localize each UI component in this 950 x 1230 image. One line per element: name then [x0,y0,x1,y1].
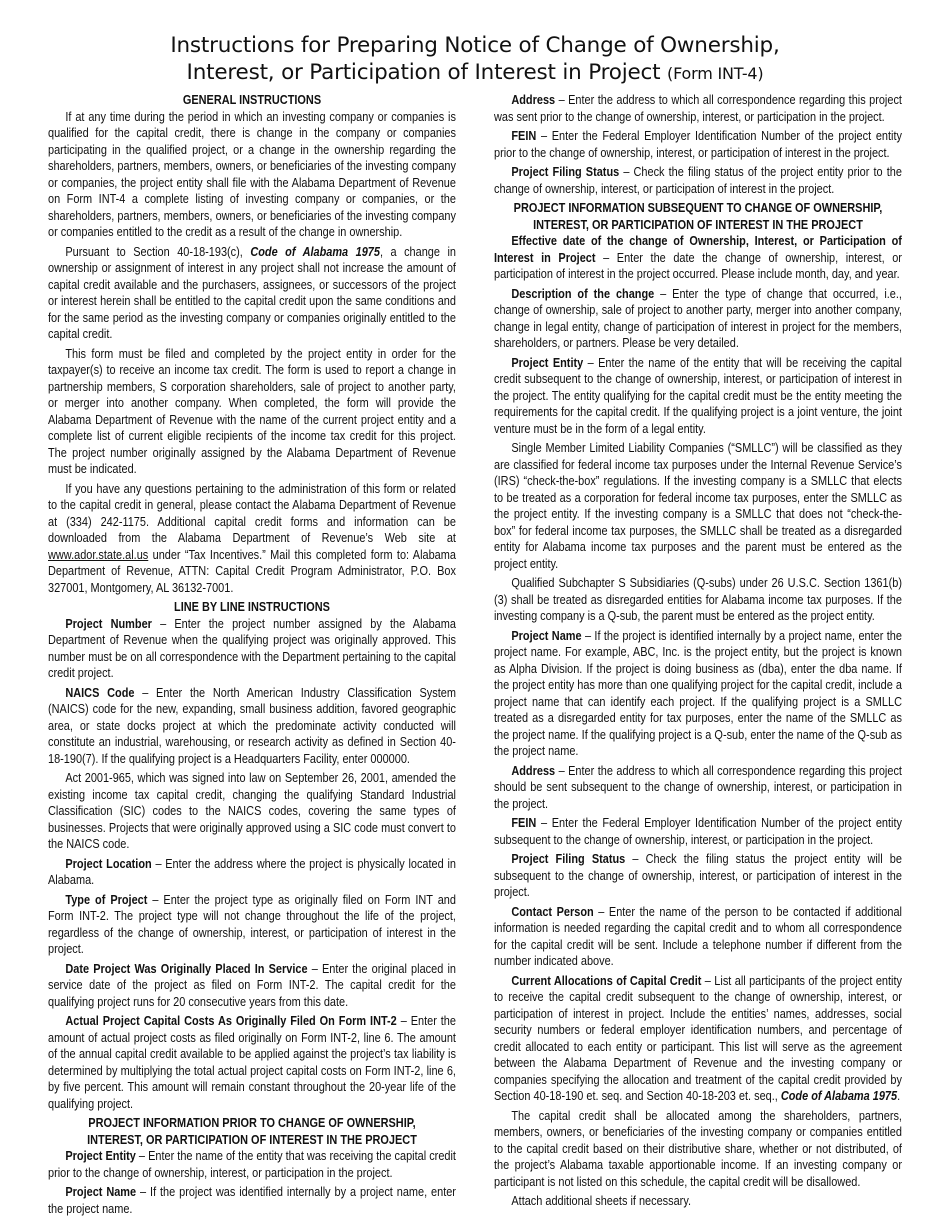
item-label: Project Number [65,617,152,631]
item-filing-status: Project Filing Status – Check the filing… [494,851,902,901]
general-paragraph-4: If you have any questions pertaining to … [48,481,456,597]
prior-heading-line-2: INTEREST, OR PARTICIPATION OF INTEREST I… [48,1132,456,1149]
prior-item-filing-status: Project Filing Status – Check the filing… [494,164,902,197]
item-label: Contact Person [511,905,593,919]
item-project-name: Project Name – If the project is identif… [494,628,902,760]
item-text: – If the project is identified internall… [494,629,902,759]
item-smllc-note: Single Member Limited Liability Companie… [494,440,902,572]
prior-heading-line-1: PROJECT INFORMATION PRIOR TO CHANGE OF O… [48,1115,456,1132]
item-current-allocations: Current Allocations of Capital Credit – … [494,973,902,1105]
code-of-alabama-ref: Code of Alabama 1975 [250,245,380,259]
general-p2-pre: Pursuant to Section 40-18-193(c), [65,245,250,259]
item-text: Qualified Subchapter S Subsidiaries (Q-s… [494,576,902,623]
general-instructions-heading: GENERAL INSTRUCTIONS [48,92,456,109]
item-text: – Enter the address to which all corresp… [494,93,902,124]
prior-info-heading: PROJECT INFORMATION PRIOR TO CHANGE OF O… [48,1115,456,1148]
item-effective-date: Effective date of the change of Ownershi… [494,233,902,283]
item-qsub-note: Qualified Subchapter S Subsidiaries (Q-s… [494,575,902,625]
item-actual-capital-costs: Actual Project Capital Costs As Original… [48,1013,456,1112]
attach-sheets-note: Attach additional sheets if necessary. [494,1193,902,1210]
line-by-line-heading: LINE BY LINE INSTRUCTIONS [48,599,456,616]
item-description-of-change: Description of the change – Enter the ty… [494,286,902,352]
prior-item-address: Address – Enter the address to which all… [494,92,902,125]
item-label: Project Name [511,629,581,643]
general-paragraph-1: If at any time during the period in whic… [48,109,456,241]
item-address: Address – Enter the address to which all… [494,763,902,813]
general-p4-pre: If you have any questions pertaining to … [48,482,456,546]
general-paragraph-2: Pursuant to Section 40-18-193(c), Code o… [48,244,456,343]
item-label: NAICS Code [65,686,134,700]
item-label: Project Entity [65,1149,135,1163]
allocation-paragraph: The capital credit shall be allocated am… [494,1108,902,1191]
document-title: Instructions for Preparing Notice of Cha… [0,32,950,87]
form-id: (Form INT-4) [667,64,763,83]
item-text: – Enter the address to which all corresp… [494,764,902,811]
item-label: Project Name [65,1185,136,1199]
item-end: . [897,1089,900,1103]
subsequent-heading-line-2: INTEREST, OR PARTICIPATION OF INTEREST I… [494,217,902,234]
item-naics-code: NAICS Code – Enter the North American In… [48,685,456,768]
subsequent-info-heading: PROJECT INFORMATION SUBSEQUENT TO CHANGE… [494,200,902,233]
title-line-1: Instructions for Preparing Notice of Cha… [0,32,950,59]
code-of-alabama-ref: Code of Alabama 1975 [781,1089,897,1103]
item-text: Act 2001-965, which was signed into law … [48,771,456,851]
item-project-number: Project Number – Enter the project numbe… [48,616,456,682]
item-label: Current Allocations of Capital Credit [511,974,701,988]
item-text: Single Member Limited Liability Companie… [494,441,902,571]
left-column: GENERAL INSTRUCTIONS If at any time duri… [48,92,456,1220]
item-contact-person: Contact Person – Enter the name of the p… [494,904,902,970]
prior-item-project-entity: Project Entity – Enter the name of the e… [48,1148,456,1181]
item-label: Date Project Was Originally Placed In Se… [65,962,307,976]
title-line-2: Interest, or Participation of Interest i… [0,59,950,87]
item-label: Description of the change [511,287,654,301]
general-paragraph-3: This form must be filed and completed by… [48,346,456,478]
item-label: Project Filing Status [511,165,619,179]
item-label: Type of Project [65,893,147,907]
item-text: – List all participants of the project e… [494,974,902,1104]
subsequent-heading-line-1: PROJECT INFORMATION SUBSEQUENT TO CHANGE… [494,200,902,217]
item-label: Project Location [65,857,151,871]
item-label: Project Entity [511,356,583,370]
item-text: – Enter the Federal Employer Identificat… [494,816,902,847]
item-label: Actual Project Capital Costs As Original… [65,1014,396,1028]
prior-item-project-name: Project Name – If the project was identi… [48,1184,456,1217]
item-project-entity: Project Entity – Enter the name of the e… [494,355,902,438]
item-label: Project Filing Status [511,852,625,866]
item-type-of-project: Type of Project – Enter the project type… [48,892,456,958]
item-label: FEIN [511,129,536,143]
item-fein: FEIN – Enter the Federal Employer Identi… [494,815,902,848]
item-label: Address [511,764,555,778]
item-date-placed-in-service: Date Project Was Originally Placed In Se… [48,961,456,1011]
prior-item-fein: FEIN – Enter the Federal Employer Identi… [494,128,902,161]
ador-website-link[interactable]: www.ador.state.al.us [48,548,148,562]
title-line-2-text: Interest, or Participation of Interest i… [187,60,661,85]
item-label: Address [511,93,555,107]
item-label: FEIN [511,816,536,830]
item-text: – Enter the amount of actual project cos… [48,1014,456,1111]
item-act-2001-965: Act 2001-965, which was signed into law … [48,770,456,853]
item-text: – Enter the Federal Employer Identificat… [494,129,902,160]
right-column: Address – Enter the address to which all… [494,92,902,1213]
item-project-location: Project Location – Enter the address whe… [48,856,456,889]
